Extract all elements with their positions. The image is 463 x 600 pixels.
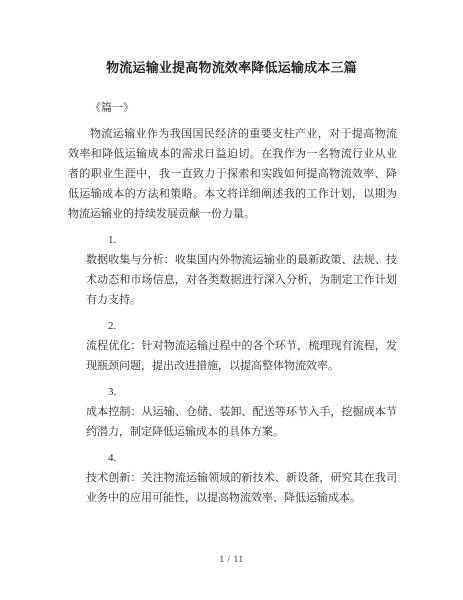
list-item-text: 成本控制：从运输、仓储、装卸、配送等环节入手，挖掘成本节约潜力，制定降低运输成本… xyxy=(86,402,397,442)
list-item-text: 数据收集与分析：收集国内外物流运输业的最新政策、法规、技术动态和市场信息，对各类… xyxy=(86,250,397,310)
section-heading: 《篇一》 xyxy=(68,98,397,118)
document-page: 物流运输业提高物流效率降低运输成本三篇 《篇一》 物流运输业作为我国国民经济的重… xyxy=(0,0,463,600)
document-body: 《篇一》 物流运输业作为我国国民经济的重要支柱产业，对于提高物流效率和降低运输成… xyxy=(68,98,397,508)
list-item-number: 2. xyxy=(86,316,397,336)
intro-paragraph: 物流运输业作为我国国民经济的重要支柱产业，对于提高物流效率和降低运输成本的需求日… xyxy=(68,124,397,224)
list-item-text: 流程优化：针对物流运输过程中的各个环节，梳理现有流程，发现瓶颈问题，提出改进措施… xyxy=(86,336,397,376)
list-item: 3. 成本控制：从运输、仓储、装卸、配送等环节入手，挖掘成本节约潜力，制定降低运… xyxy=(86,382,397,442)
list-item: 2. 流程优化：针对物流运输过程中的各个环节，梳理现有流程，发现瓶颈问题，提出改… xyxy=(86,316,397,376)
numbered-list: 1. 数据收集与分析：收集国内外物流运输业的最新政策、法规、技术动态和市场信息，… xyxy=(68,230,397,508)
list-item: 4. 技术创新：关注物流运输领域的新技术、新设备，研究其在我司业务中的应用可能性… xyxy=(86,448,397,508)
page-number: 1 / 11 xyxy=(219,555,243,565)
list-item: 1. 数据收集与分析：收集国内外物流运输业的最新政策、法规、技术动态和市场信息，… xyxy=(86,230,397,310)
list-item-text: 技术创新：关注物流运输领域的新技术、新设备，研究其在我司业务中的应用可能性，以提… xyxy=(86,468,397,508)
list-item-number: 1. xyxy=(86,230,397,250)
document-title: 物流运输业提高物流效率降低运输成本三篇 xyxy=(0,0,463,78)
page-footer: 1 / 11 xyxy=(0,555,463,565)
list-item-number: 3. xyxy=(86,382,397,402)
list-item-number: 4. xyxy=(86,448,397,468)
